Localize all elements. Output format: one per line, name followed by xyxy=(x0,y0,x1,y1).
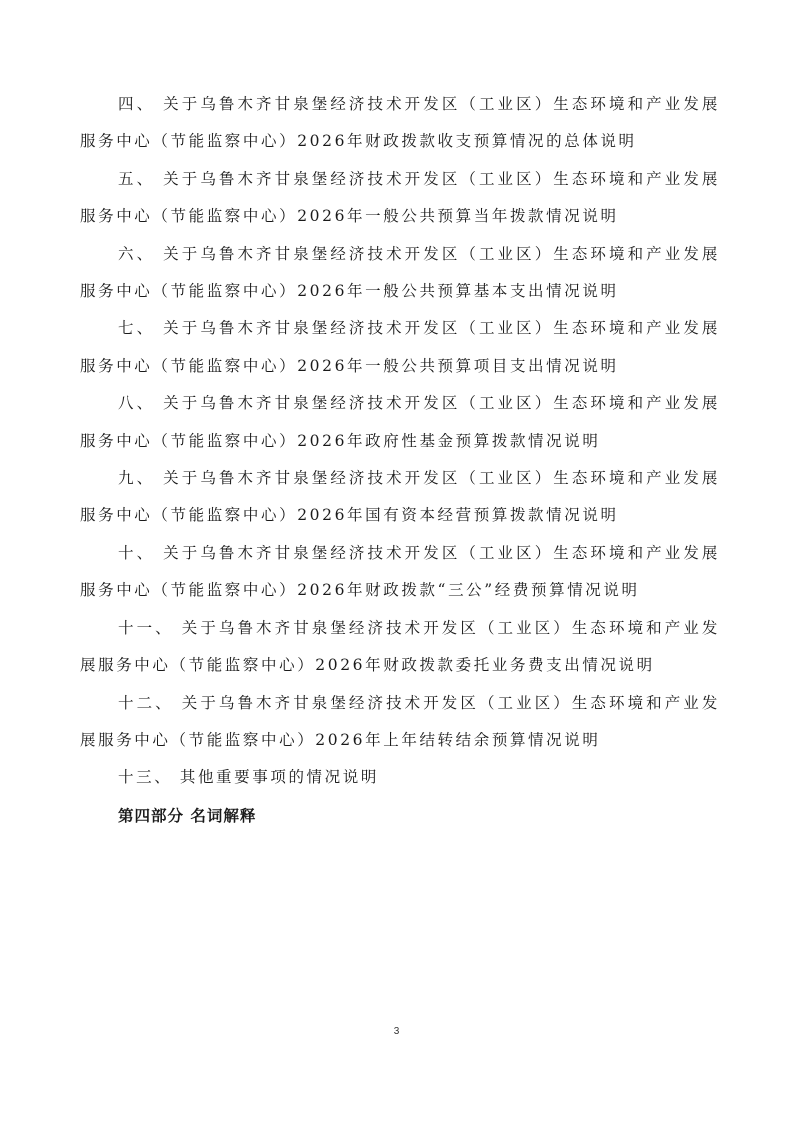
item-text: 关于乌鲁木齐甘泉堡经济技术开发区（工业区）生态环境和产业发展服务中心（节能监察中… xyxy=(80,694,720,749)
toc-item-11: 十一、 关于乌鲁木齐甘泉堡经济技术开发区（工业区）生态环境和产业发展服务中心（节… xyxy=(80,610,720,685)
toc-item-6: 六、 关于乌鲁木齐甘泉堡经济技术开发区（工业区）生态环境和产业发展服务中心（节能… xyxy=(80,236,720,311)
toc-item-9: 九、 关于乌鲁木齐甘泉堡经济技术开发区（工业区）生态环境和产业发展服务中心（节能… xyxy=(80,460,720,535)
item-text: 其他重要事项的情况说明 xyxy=(172,768,379,786)
document-page: 四、 关于乌鲁木齐甘泉堡经济技术开发区（工业区）生态环境和产业发展服务中心（节能… xyxy=(80,86,720,834)
toc-item-7: 七、 关于乌鲁木齐甘泉堡经济技术开发区（工业区）生态环境和产业发展服务中心（节能… xyxy=(80,310,720,385)
item-marker: 八、 xyxy=(118,394,155,412)
item-text: 关于乌鲁木齐甘泉堡经济技术开发区（工业区）生态环境和产业发展服务中心（节能监察中… xyxy=(80,394,720,449)
item-marker: 五、 xyxy=(118,170,155,188)
toc-item-5: 五、 关于乌鲁木齐甘泉堡经济技术开发区（工业区）生态环境和产业发展服务中心（节能… xyxy=(80,161,720,236)
item-marker: 十、 xyxy=(118,544,155,562)
item-text: 关于乌鲁木齐甘泉堡经济技术开发区（工业区）生态环境和产业发展服务中心（节能监察中… xyxy=(80,469,720,524)
item-text: 关于乌鲁木齐甘泉堡经济技术开发区（工业区）生态环境和产业发展服务中心（节能监察中… xyxy=(80,619,720,674)
toc-item-10: 十、 关于乌鲁木齐甘泉堡经济技术开发区（工业区）生态环境和产业发展服务中心（节能… xyxy=(80,535,720,610)
page-number: 3 xyxy=(0,1026,793,1037)
item-text: 关于乌鲁木齐甘泉堡经济技术开发区（工业区）生态环境和产业发展服务中心（节能监察中… xyxy=(80,319,720,374)
item-text: 关于乌鲁木齐甘泉堡经济技术开发区（工业区）生态环境和产业发展服务中心（节能监察中… xyxy=(80,544,720,599)
item-marker: 十一、 xyxy=(118,619,174,637)
toc-item-8: 八、 关于乌鲁木齐甘泉堡经济技术开发区（工业区）生态环境和产业发展服务中心（节能… xyxy=(80,385,720,460)
item-text: 关于乌鲁木齐甘泉堡经济技术开发区（工业区）生态环境和产业发展服务中心（节能监察中… xyxy=(80,170,720,225)
toc-item-13: 十三、 其他重要事项的情况说明 xyxy=(80,759,720,796)
item-marker: 六、 xyxy=(118,245,155,263)
item-marker: 七、 xyxy=(118,319,155,337)
item-marker: 十三、 xyxy=(118,768,172,786)
item-marker: 四、 xyxy=(118,95,155,113)
item-marker: 九、 xyxy=(118,469,155,487)
item-marker: 十二、 xyxy=(118,694,174,712)
item-text: 关于乌鲁木齐甘泉堡经济技术开发区（工业区）生态环境和产业发展服务中心（节能监察中… xyxy=(80,245,720,300)
section-heading: 第四部分 名词解释 xyxy=(80,797,720,834)
item-text: 关于乌鲁木齐甘泉堡经济技术开发区（工业区）生态环境和产业发展服务中心（节能监察中… xyxy=(80,95,720,150)
toc-item-12: 十二、 关于乌鲁木齐甘泉堡经济技术开发区（工业区）生态环境和产业发展服务中心（节… xyxy=(80,685,720,760)
toc-item-4: 四、 关于乌鲁木齐甘泉堡经济技术开发区（工业区）生态环境和产业发展服务中心（节能… xyxy=(80,86,720,161)
